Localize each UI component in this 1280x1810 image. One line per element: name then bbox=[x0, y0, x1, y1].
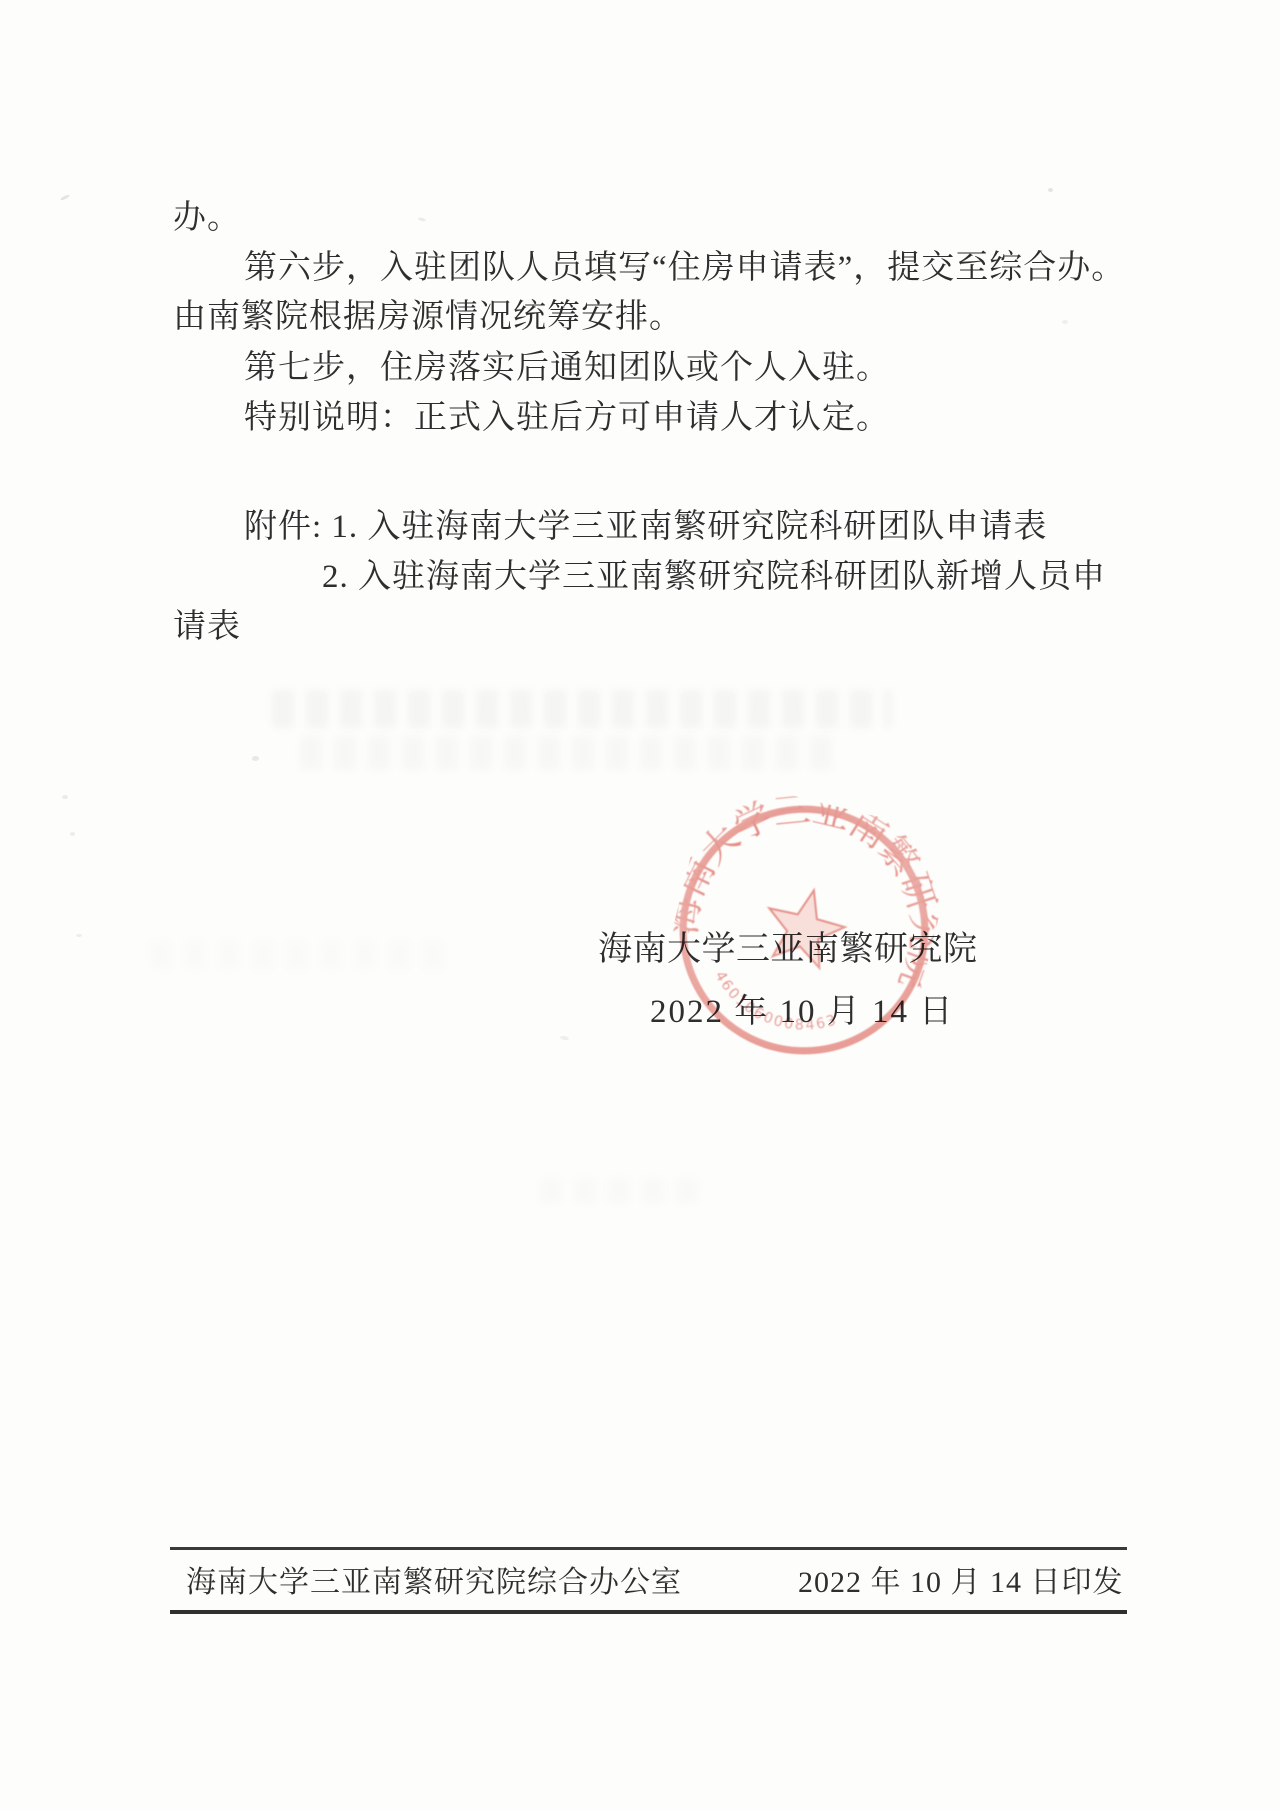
scan-artifact bbox=[560, 1035, 570, 1041]
footer-rule-top bbox=[170, 1547, 1127, 1550]
bleed-through-smudge bbox=[272, 690, 892, 728]
scan-artifact bbox=[418, 217, 427, 222]
attachment-line: 2. 入驻海南大学三亚南繁研究院科研团队新增人员申 bbox=[322, 561, 1106, 594]
scan-artifact bbox=[62, 795, 68, 799]
body-line: 特别说明：正式入驻后方可申请人才认定。 bbox=[244, 402, 890, 435]
body-line: 办。 bbox=[173, 202, 241, 235]
seal-star bbox=[758, 881, 852, 972]
scan-artifact bbox=[252, 756, 259, 761]
scan-artifact bbox=[1048, 188, 1053, 192]
body-line: 第六步，入驻团队人员填写“住房申请表”，提交至综合办。 bbox=[244, 252, 1125, 285]
seal-code: 4601060008463 bbox=[703, 966, 847, 1045]
scanned-document-page: 办。 第六步，入驻团队人员填写“住房申请表”，提交至综合办。 由南繁院根据房源情… bbox=[0, 0, 1280, 1810]
scan-artifact bbox=[60, 194, 70, 201]
body-line: 第七步，住房落实后通知团队或个人入驻。 bbox=[244, 352, 890, 385]
seal-arc-text: 海南大学三亚南繁研究院 bbox=[658, 775, 959, 999]
scan-artifact bbox=[1062, 320, 1068, 324]
footer-issuer-office: 海南大学三亚南繁研究院综合办公室 bbox=[186, 1568, 682, 1598]
seal-code-holder: 4601060008463 bbox=[703, 966, 847, 1045]
attachment-line: 附件: 1. 入驻海南大学三亚南繁研究院科研团队申请表 bbox=[244, 511, 1047, 544]
footer-rule-bottom bbox=[170, 1610, 1127, 1614]
scan-artifact bbox=[76, 934, 82, 937]
scan-artifact bbox=[70, 832, 75, 836]
body-line: 由南繁院根据房源情况统筹安排。 bbox=[173, 301, 683, 334]
seal-arc-text-holder: 海南大学三亚南繁研究院 bbox=[658, 775, 959, 999]
bleed-through-smudge bbox=[300, 736, 840, 770]
footer-print-date: 2022 年 10 月 14 日印发 bbox=[798, 1568, 1124, 1598]
attachment-line-continuation: 请表 bbox=[173, 611, 241, 644]
bleed-through-smudge bbox=[540, 1178, 700, 1204]
official-seal: 海南大学三亚南繁研究院 4601060008463 bbox=[649, 775, 959, 1085]
bleed-through-smudge bbox=[150, 940, 450, 970]
